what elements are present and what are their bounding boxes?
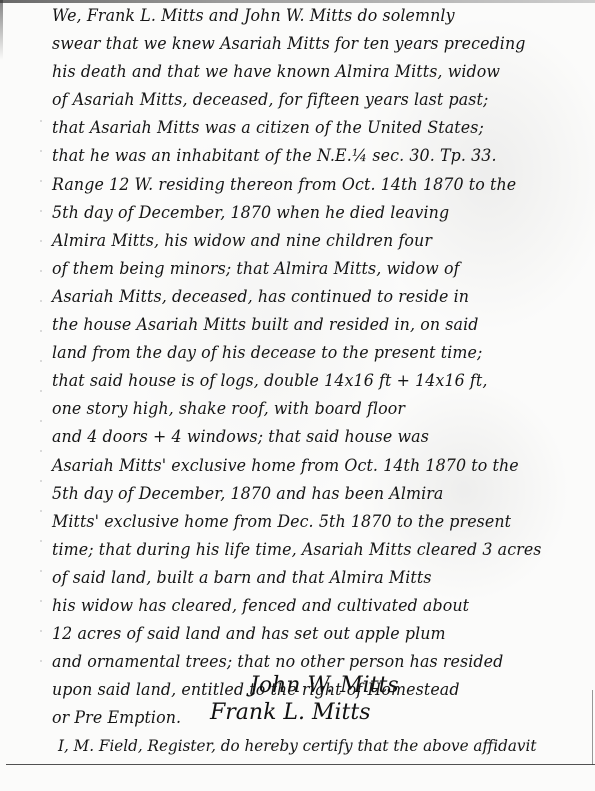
body-line: swear that we knew Asariah Mitts for ten… [52,30,570,58]
body-line: Almira Mitts, his widow and nine childre… [52,227,570,255]
body-line: that he was an inhabitant of the N.E.¼ s… [52,142,570,170]
body-line: and 4 doors + 4 windows; that said house… [52,423,570,451]
body-line: of said land, built a barn and that Almi… [52,564,570,592]
body-line: that said house is of logs, double 14x16… [52,367,570,395]
register-certification-line: I, M. Field, Register, do hereby certify… [58,736,536,755]
body-line: Range 12 W. residing thereon from Oct. 1… [52,171,570,199]
body-line: 5th day of December, 1870 when he died l… [52,199,570,227]
signature-frank-l-mitts: Frank L. Mitts [210,700,371,725]
body-line: of Asariah Mitts, deceased, for fifteen … [52,86,570,114]
signature-john-w-mitts: John W. Mitts [250,673,399,698]
body-line: his widow has cleared, fenced and cultiv… [52,592,570,620]
scan-edge-left [0,0,3,60]
body-line: land from the day of his decease to the … [52,339,570,367]
page-bottom-edge [6,764,595,765]
body-line: We, Frank L. Mitts and John W. Mitts do … [52,2,570,30]
body-line: 5th day of December, 1870 and has been A… [52,480,570,508]
body-line: Asariah Mitts, deceased, has continued t… [52,283,570,311]
body-line: of them being minors; that Almira Mitts,… [52,255,570,283]
body-line: 12 acres of said land and has set out ap… [52,620,570,648]
body-line: Mitts' exclusive home from Dec. 5th 1870… [52,508,570,536]
body-line: Asariah Mitts' exclusive home from Oct. … [52,452,570,480]
body-line: the house Asariah Mitts built and reside… [52,311,570,339]
body-line: one story high, shake roof, with board f… [52,395,570,423]
scanned-document-page: We, Frank L. Mitts and John W. Mitts do … [0,0,595,791]
scan-margin-specks [40,120,42,680]
scan-edge-right [592,690,593,765]
body-line: time; that during his life time, Asariah… [52,536,570,564]
affidavit-body: We, Frank L. Mitts and John W. Mitts do … [52,2,592,732]
body-line: his death and that we have known Almira … [52,58,570,86]
body-line: that Asariah Mitts was a citizen of the … [52,114,570,142]
